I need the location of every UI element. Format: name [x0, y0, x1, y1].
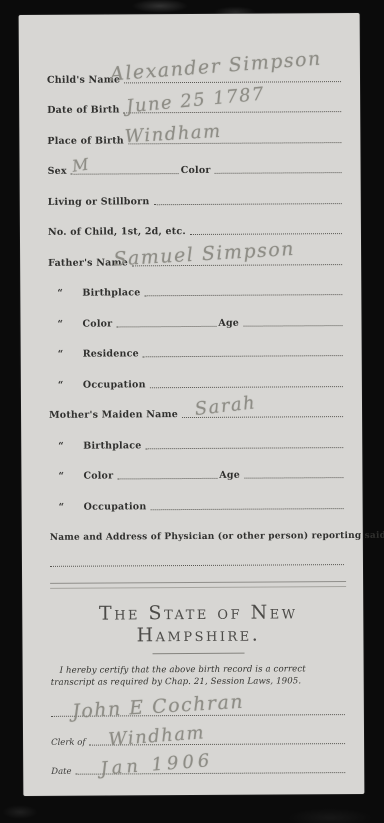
- dotted-line: [124, 81, 341, 83]
- dotted-line: [244, 477, 343, 479]
- field-label: Age: [218, 317, 239, 330]
- field-label: Birthplace: [83, 440, 141, 453]
- ditto-mark: “: [49, 379, 83, 392]
- handwritten-clerk-of-town: Windham: [108, 722, 206, 750]
- clerk-of-label: Clerk of: [51, 738, 86, 750]
- dotted-line: [182, 416, 343, 418]
- certification-text: I hereby certify that the above birth re…: [51, 663, 347, 690]
- dotted-line: [128, 142, 341, 144]
- clerk-of-row: Clerk of Windham: [51, 719, 347, 750]
- dotted-line: [117, 478, 217, 480]
- form-row-fathers-name: Father's Name Samuel Simpson: [48, 238, 344, 270]
- form-row-no-of-child: No. of Child, 1st, 2d, etc.: [48, 208, 344, 240]
- dotted-line: [50, 564, 344, 567]
- state-header: The State of New Hampshire.: [50, 601, 346, 647]
- dotted-line: [215, 172, 342, 174]
- field-label: Place of Birth: [47, 135, 124, 148]
- form-row-childs-name: Child's Name Alexander Simpson: [47, 55, 343, 87]
- dotted-line: [90, 743, 346, 746]
- handwritten-sex: M: [71, 154, 91, 175]
- header-rule: [153, 653, 245, 655]
- handwritten-clerk-signature: John E Cochran: [72, 691, 245, 723]
- handwritten-date: Jan 1906: [100, 750, 214, 780]
- form-row-mother-color-age: “ Color Age: [49, 452, 345, 484]
- form-row-mothers-maiden-name: Mother's Maiden Name Sarah: [49, 391, 345, 423]
- field-label: Sex: [48, 166, 67, 179]
- dotted-line: [153, 203, 341, 205]
- field-label: Color: [83, 470, 113, 483]
- field-label: Mother's Maiden Name: [49, 409, 178, 423]
- physician-entry-line: [50, 543, 346, 571]
- field-label: Living or Stillborn: [48, 196, 150, 210]
- field-label: Residence: [83, 348, 139, 361]
- signature-block: John E Cochran Clerk of Windham Date Jan…: [51, 690, 348, 779]
- dotted-line: [116, 325, 216, 327]
- clerk-signature-row: John E Cochran: [51, 690, 347, 721]
- dotted-line: [132, 264, 342, 266]
- ditto-mark: “: [48, 288, 82, 301]
- scanned-birth-record: { "document": { "type_hint": "scanned bi…: [0, 0, 384, 823]
- dotted-line: [190, 233, 342, 235]
- date-label: Date: [51, 767, 71, 779]
- dotted-line: [71, 173, 179, 175]
- form-row-living-or-stillborn: Living or Stillborn: [48, 177, 344, 209]
- document-paper: Child's Name Alexander Simpson Date of B…: [19, 13, 365, 796]
- field-label: Age: [219, 470, 240, 483]
- field-label: No. of Child, 1st, 2d, etc.: [48, 226, 186, 240]
- dotted-line: [145, 294, 343, 296]
- field-label: Father's Name: [48, 257, 128, 270]
- handwritten-childs-name: Alexander Simpson: [109, 47, 322, 85]
- field-label: Color: [82, 318, 112, 331]
- field-label: Color: [181, 165, 211, 178]
- date-row: Date Jan 1906: [51, 748, 347, 779]
- form-row-father-color-age: “ Color Age: [48, 299, 344, 331]
- dotted-line: [51, 714, 345, 717]
- ditto-mark: “: [49, 471, 83, 484]
- form-row-father-residence: “ Residence: [49, 330, 345, 362]
- ditto-mark: “: [50, 501, 84, 514]
- form-row-sex-color: Sex Color M: [47, 147, 343, 179]
- dotted-line: [150, 508, 343, 510]
- dotted-line: [243, 325, 342, 327]
- form-row-father-birthplace: “ Birthplace: [48, 269, 344, 301]
- form-row-mother-birthplace: “ Birthplace: [49, 421, 345, 453]
- ditto-mark: “: [48, 318, 82, 331]
- field-label: Birthplace: [82, 287, 140, 300]
- section-divider: [50, 581, 346, 589]
- ditto-mark: “: [49, 349, 83, 362]
- field-label: Child's Name: [47, 74, 120, 87]
- dotted-line: [124, 111, 342, 113]
- dotted-line: [145, 447, 343, 449]
- ditto-mark: “: [49, 440, 83, 453]
- form-row-date-of-birth: Date of Birth June 25 1787: [47, 86, 343, 118]
- dotted-line: [143, 355, 343, 357]
- form-row-physician: Name and Address of Physician (or other …: [50, 513, 346, 545]
- field-label: Occupation: [83, 379, 146, 392]
- form-row-place-of-birth: Place of Birth Windham: [47, 116, 343, 148]
- dotted-line: [150, 386, 343, 388]
- field-label: Occupation: [84, 501, 147, 514]
- dotted-line: [76, 772, 346, 775]
- form-row-father-occupation: “ Occupation: [49, 360, 345, 392]
- form-row-mother-occupation: “ Occupation: [49, 482, 345, 514]
- field-label: Date of Birth: [47, 104, 119, 117]
